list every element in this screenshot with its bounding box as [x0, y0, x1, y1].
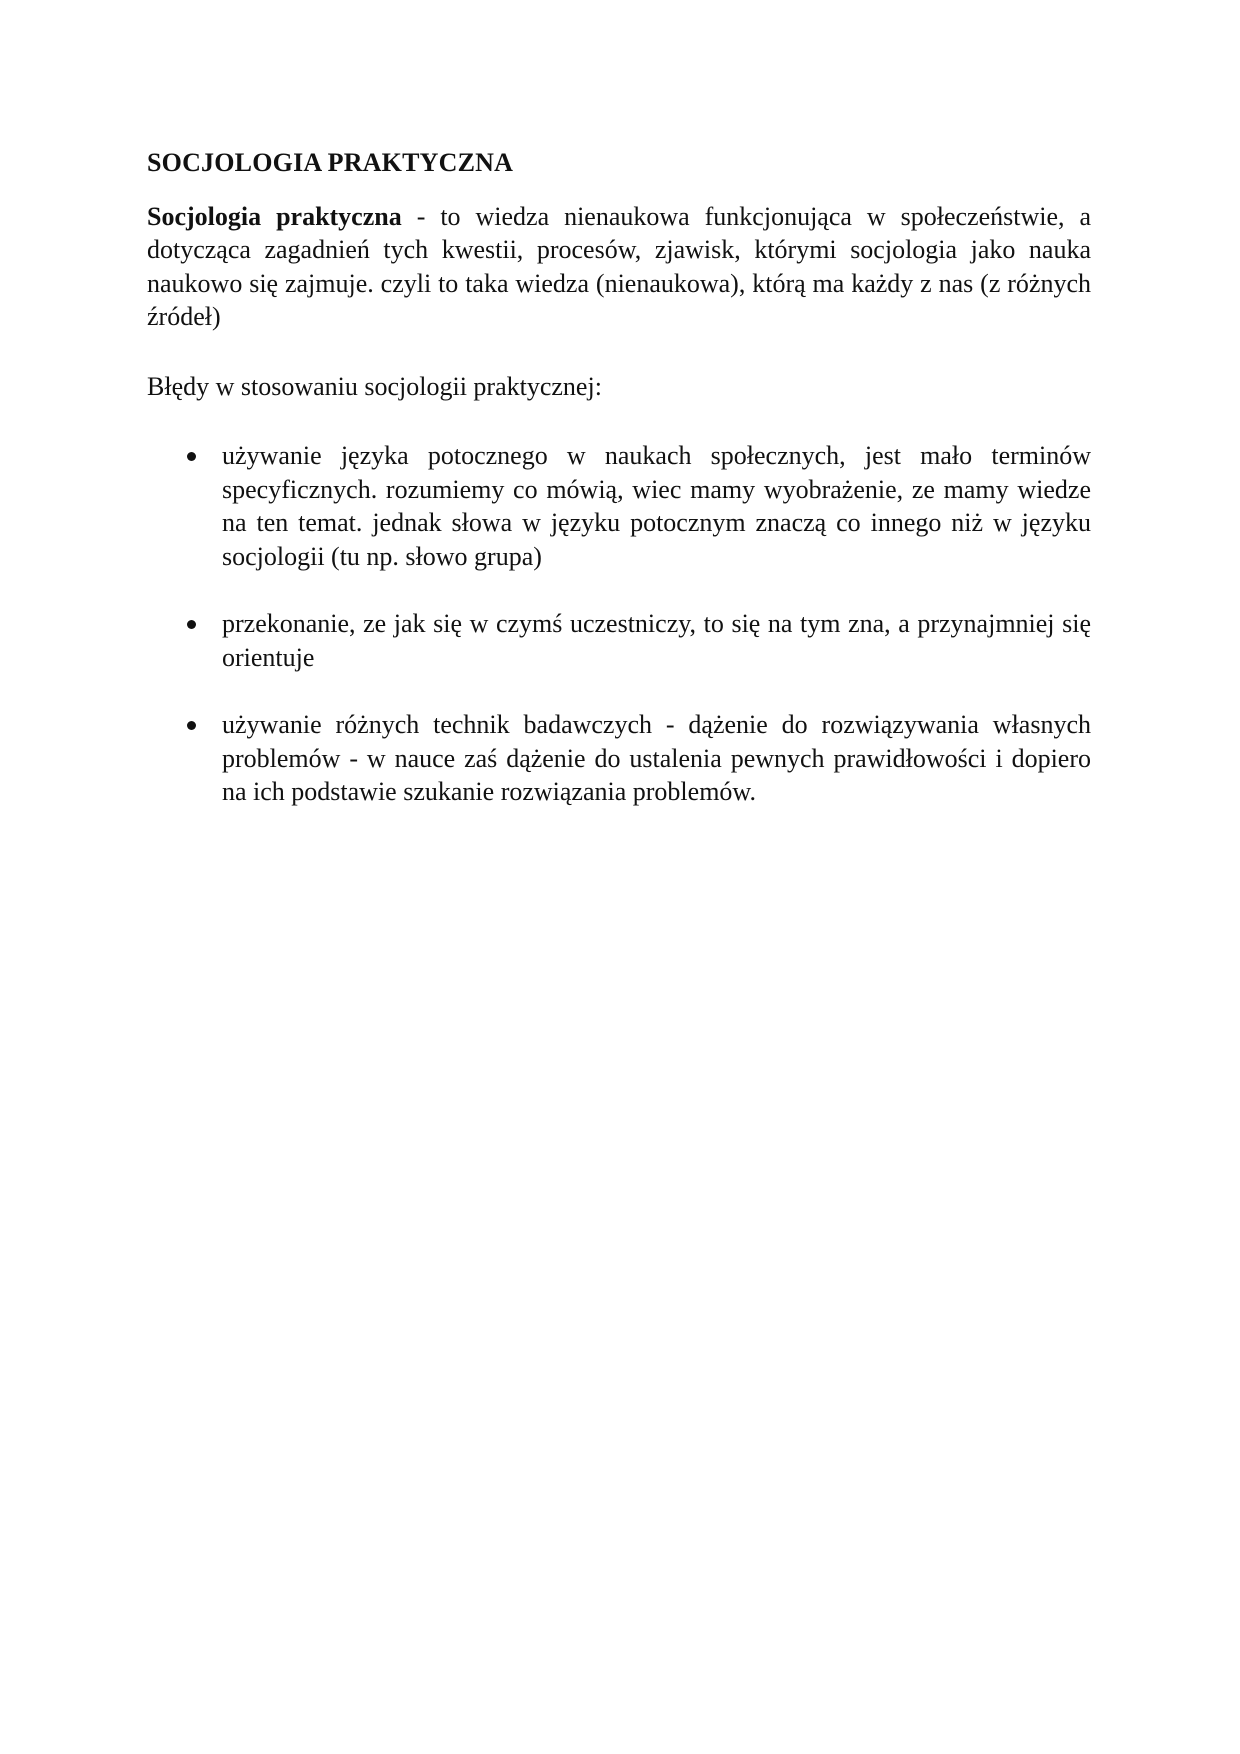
list-item-text: używanie różnych technik badawczych - dą…: [222, 710, 1091, 806]
bullet-icon: [187, 452, 196, 461]
list-item: przekonanie, ze jak się w czymś uczestni…: [147, 607, 1091, 674]
list-item-text: używanie języka potocznego w naukach spo…: [222, 441, 1091, 571]
errors-list: używanie języka potocznego w naukach spo…: [147, 439, 1091, 809]
list-item-text: przekonanie, ze jak się w czymś uczestni…: [222, 609, 1091, 672]
document-page: SOCJOLOGIA PRAKTYCZNA Socjologia praktyc…: [147, 146, 1091, 843]
bullet-icon: [187, 721, 196, 730]
definition-paragraph: Socjologia praktyczna - to wiedza nienau…: [147, 200, 1091, 334]
definition-separator: -: [402, 202, 441, 231]
document-title: SOCJOLOGIA PRAKTYCZNA: [147, 146, 1091, 180]
bullet-icon: [187, 620, 196, 629]
list-item: używanie języka potocznego w naukach spo…: [147, 439, 1091, 573]
list-item: używanie różnych technik badawczych - dą…: [147, 708, 1091, 809]
definition-term: Socjologia praktyczna: [147, 202, 402, 231]
list-intro: Błędy w stosowaniu socjologii praktyczne…: [147, 370, 1091, 404]
